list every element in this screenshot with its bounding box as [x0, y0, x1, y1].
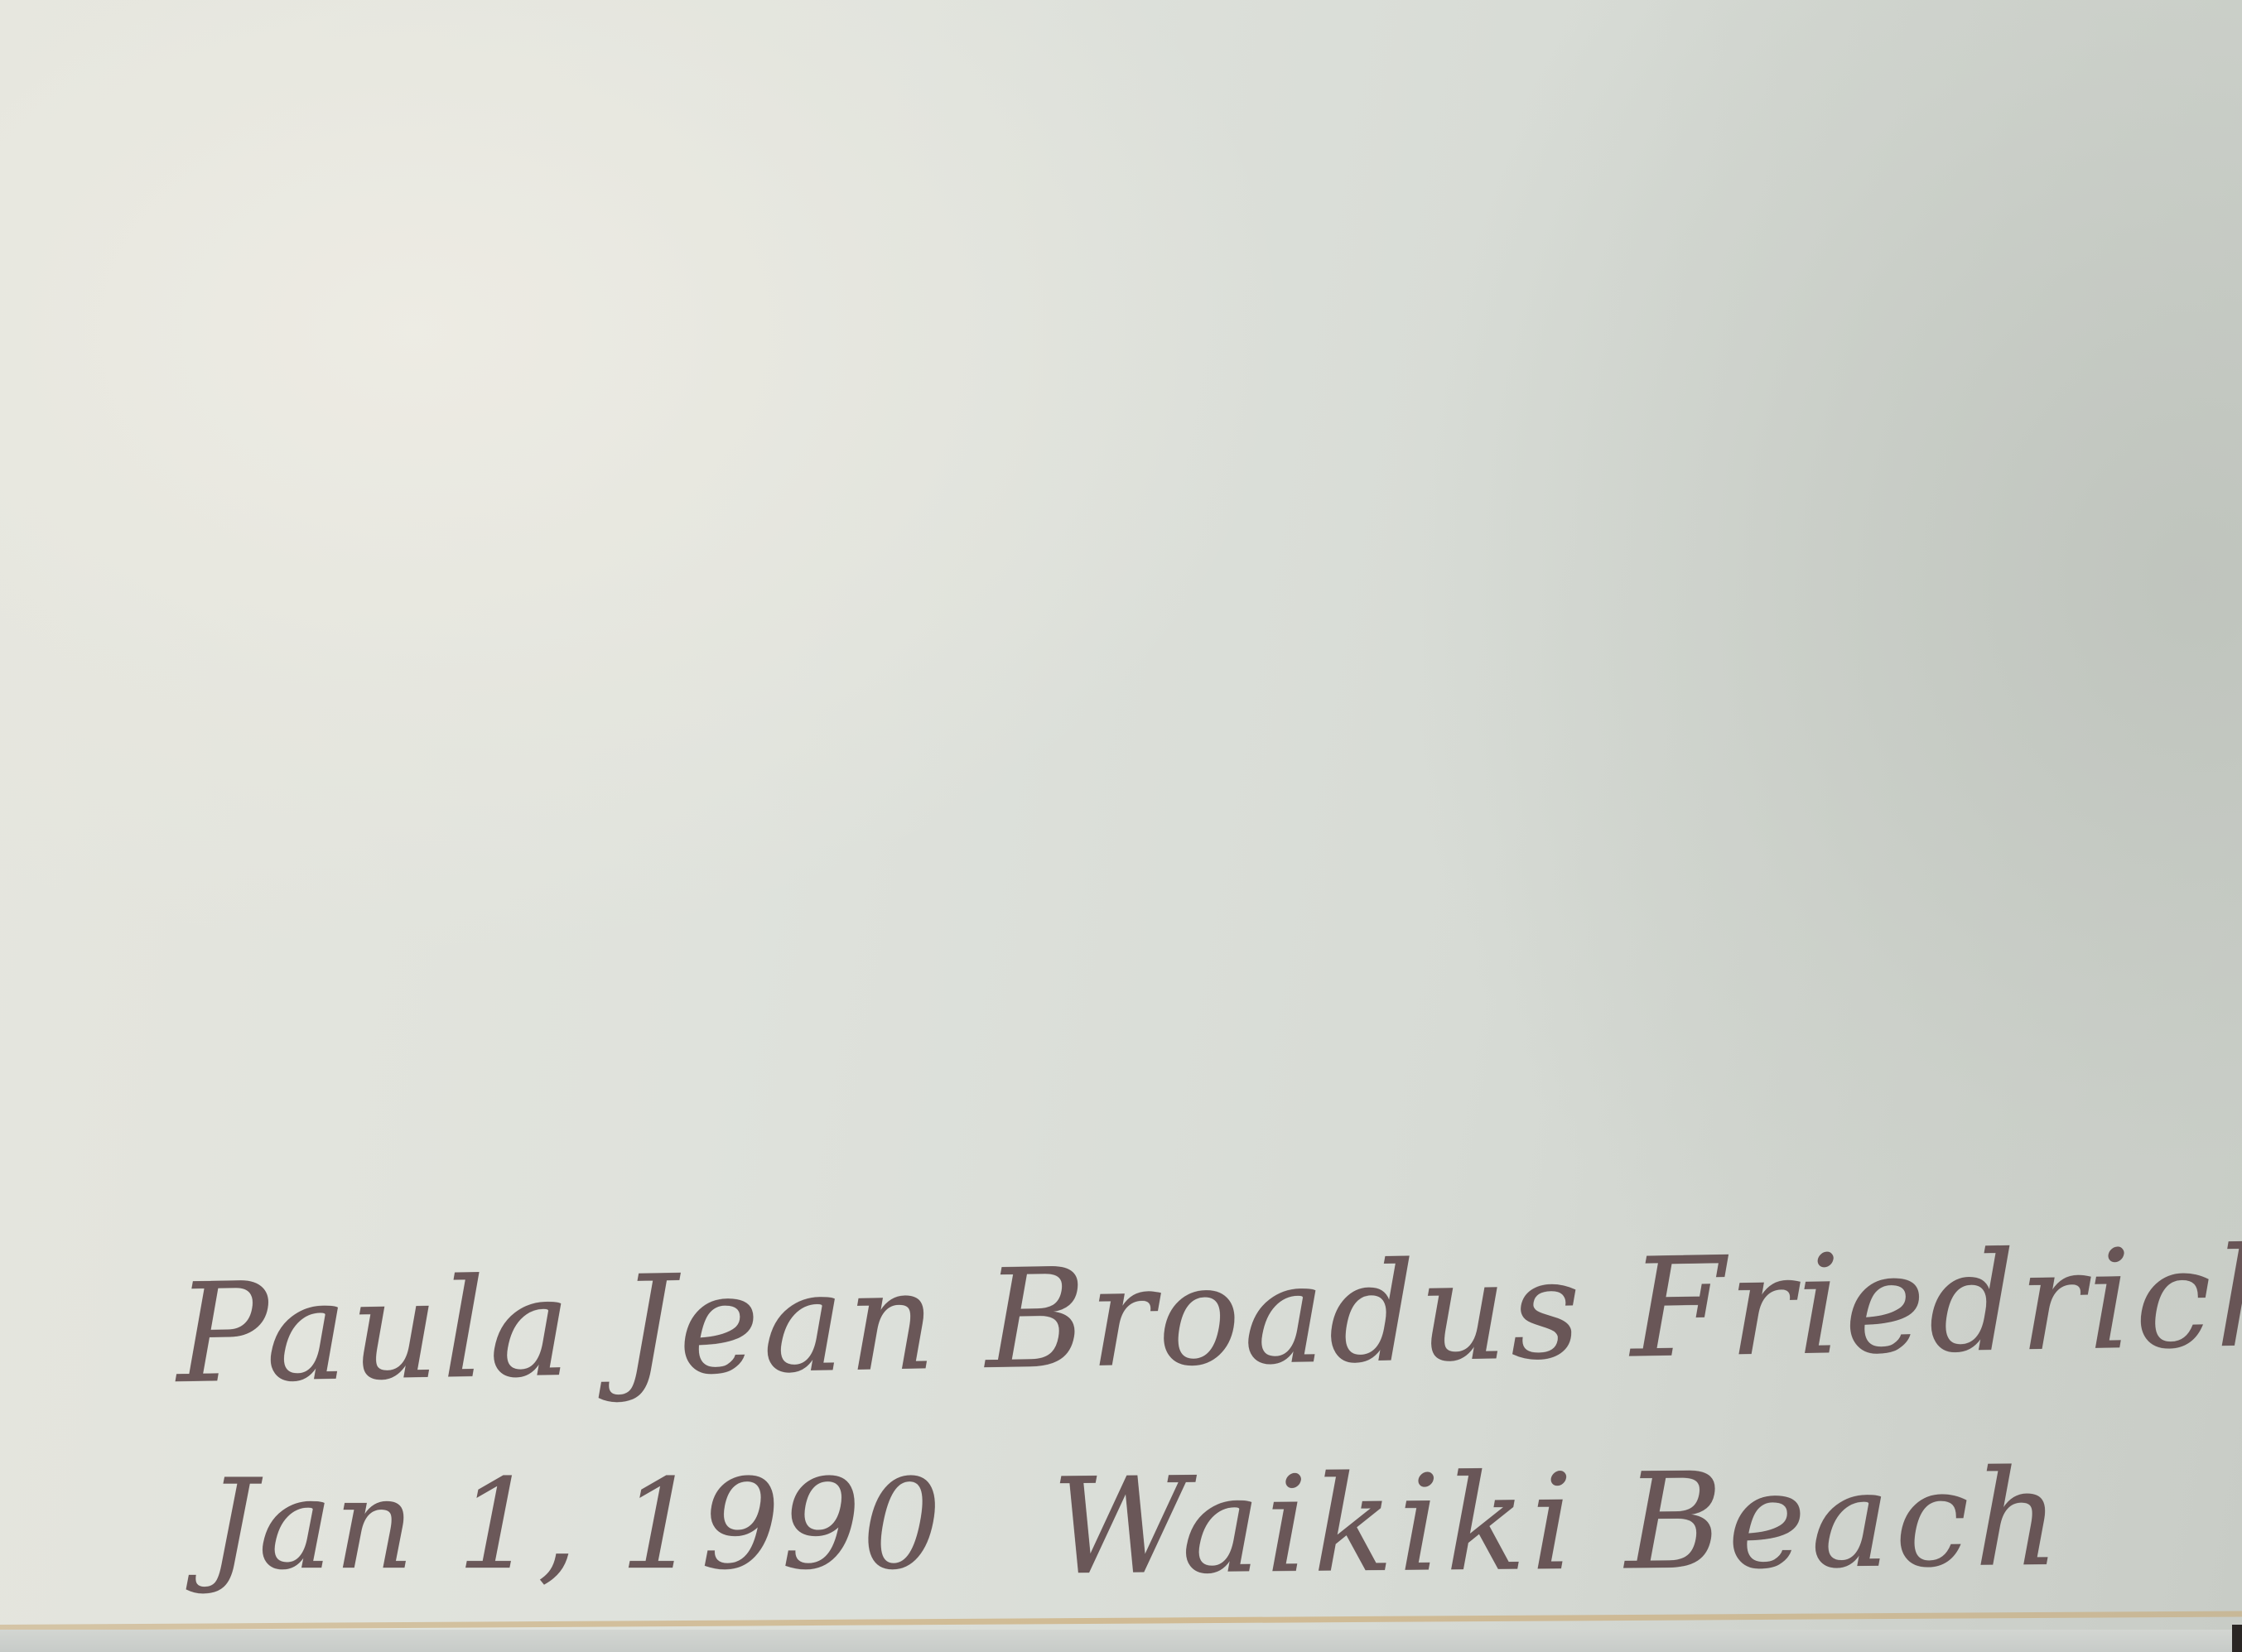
- handwritten-date: Jan 1, 1990: [207, 1453, 943, 1597]
- handwritten-place: Waikiki Beach: [1051, 1441, 2065, 1605]
- photo-edge-line: [0, 1611, 2242, 1630]
- handwritten-name: Paula Jean Broadus Friedrichs: [176, 1216, 2242, 1414]
- photo-bottom-border: [0, 1630, 2242, 1652]
- photo-back-paper: Paula Jean Broadus Friedrichs Jan 1, 199…: [0, 0, 2242, 1652]
- corner-shadow: [2232, 1625, 2242, 1652]
